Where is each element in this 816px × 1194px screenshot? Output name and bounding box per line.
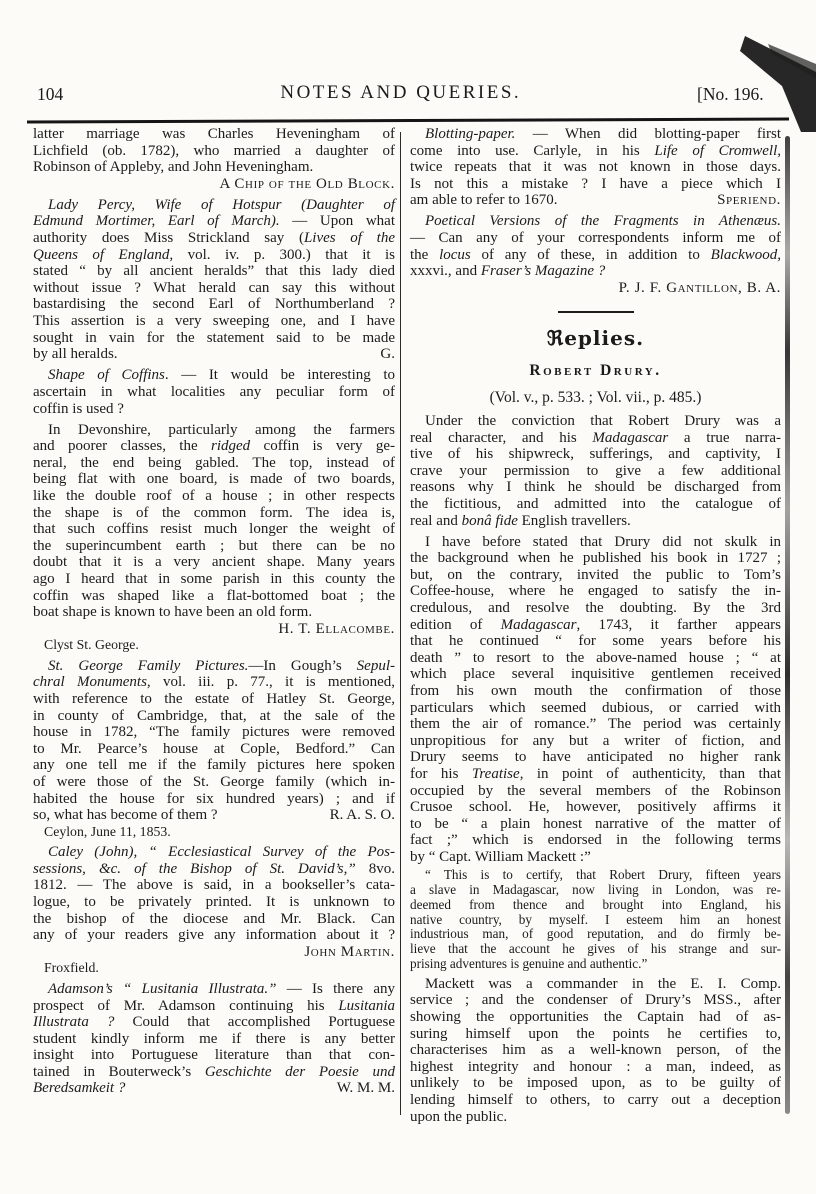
text-line: by “ Capt. William Mackett :” <box>410 849 781 866</box>
text-line: like the double roof of a house ; in oth… <box>33 488 395 505</box>
journal-title: NOTES AND QUERIES. <box>280 82 521 104</box>
text-line: house in 1782, “The family pictures were… <box>33 724 395 741</box>
signature-line: John Martin. <box>33 944 395 961</box>
text-line: twice repeats that it was not known in t… <box>410 159 781 176</box>
text-line: Mackett was a commander in the E. I. Com… <box>410 976 781 993</box>
text-line: bastardising the second Earl of Northumb… <box>33 296 395 313</box>
text-line: the bishop of the diocese and Mr. Black.… <box>33 911 395 928</box>
text-line: I have before stated that Drury did not … <box>410 534 781 551</box>
text-line: Robinson of Appleby, and John Heveningha… <box>33 159 395 176</box>
text-line: lending himself to others, to carry out … <box>410 1092 781 1109</box>
text-line: stated “ by all ancient heralds” that th… <box>33 263 395 280</box>
text-line: ago I heard that in some parish in this … <box>33 571 395 588</box>
text-line: This assertion is a very sweeping one, a… <box>33 313 395 330</box>
signature-line: A Chip of the Old Block. <box>33 176 395 193</box>
text-line: prospect of Mr. Adamson continuing his L… <box>33 998 395 1015</box>
text-line: student kindly inform me if there is any… <box>33 1031 395 1048</box>
text-line: chral Monuments, vol. iii. p. 77., it is… <box>33 674 395 691</box>
text-line: deemed from thence and brought into Engl… <box>410 898 781 913</box>
text-line: real character, and his Madagascar a tru… <box>410 430 781 447</box>
text-line: Edmund Mortimer, Earl of March). — Upon … <box>33 213 395 230</box>
query-caley-john: Caley (John), “ Ecclesiastical Survey of… <box>33 844 395 976</box>
signature-line: P. J. F. Gantillon, B. A. <box>410 280 781 297</box>
replies-intro-paragraph: Under the conviction that Robert Drury w… <box>410 413 781 529</box>
text-line: Shape of Coffins. — It would be interest… <box>33 367 395 384</box>
text-line: latter marriage was Charles Heveningham … <box>33 126 395 143</box>
continuation-paragraph: latter marriage was Charles Heveningham … <box>33 126 395 192</box>
mackett-commander-paragraph: Mackett was a commander in the E. I. Com… <box>410 976 781 1125</box>
text-line: prising adventures is genuine and authen… <box>410 957 781 972</box>
section-divider-rule <box>558 311 634 313</box>
text-line: 1812. — The above is said, in a booksell… <box>33 877 395 894</box>
text-line: “ This is to certify, that Robert Drury,… <box>410 868 781 883</box>
dateline: Froxfield. <box>44 960 395 976</box>
right-column: Blotting-paper. — When did blotting-pape… <box>410 126 781 1125</box>
text-line: the shape is of the common form. The ide… <box>33 505 395 522</box>
text-line: crave your permission to give a few addi… <box>410 463 781 480</box>
text-line: without issue ? What herald can say this… <box>33 280 395 297</box>
signature-line: am able to refer to 1670.Speriend. <box>410 192 781 209</box>
text-line: logue, to be privately printed. It is un… <box>33 894 395 911</box>
article-reference: (Vol. v., p. 533. ; Vol. vii., p. 485.) <box>410 388 781 408</box>
text-line: Drury seems to have anticipated no highe… <box>410 749 781 766</box>
reply-devonshire-coffins: In Devonshire, particularly among the fa… <box>33 422 395 654</box>
text-line: coffin is used ? <box>33 401 395 418</box>
text-line: for his Treatise, in point of authentici… <box>410 766 781 783</box>
text-line: In Devonshire, particularly among the fa… <box>33 422 395 439</box>
text-line: Blotting-paper. — When did blotting-pape… <box>410 126 781 143</box>
text-line: being flat with one board, is made of tw… <box>33 471 395 488</box>
replies-section-heading: ℜeplies. <box>410 325 781 351</box>
text-line: ascertain in what localities any peculia… <box>33 384 395 401</box>
text-line: death ” to resort to the above-named hou… <box>410 650 781 667</box>
text-line: to be “ a plain honest narrative of the … <box>410 816 781 833</box>
text-line: boat shape is known to have been an old … <box>33 604 395 621</box>
signature-line: by all heralds.G. <box>33 346 395 363</box>
text-line: industrious man, of good reputation, and… <box>410 927 781 942</box>
text-line: tained in Bouterweck’s Geschichte der Po… <box>33 1064 395 1081</box>
text-line: neral, the end being gabled. The top, in… <box>33 455 395 472</box>
text-line: authority does Miss Strickland say (Live… <box>33 230 395 247</box>
article-title: Robert Drury. <box>410 360 781 381</box>
text-line: particulars which seemed dubious, or car… <box>410 700 781 717</box>
text-line: Caley (John), “ Ecclesiastical Survey of… <box>33 844 395 861</box>
text-line: reasons why I think he should be dischar… <box>410 479 781 496</box>
scan-artifact-edge-streak <box>785 136 790 1114</box>
text-line: Adamson’s “ Lusitania Illustrata.” — Is … <box>33 981 395 998</box>
text-line: edition of Madagascar, 1743, it farther … <box>410 617 781 634</box>
text-line: to Mr. Pearce’s house at Cople, Bedford.… <box>33 741 395 758</box>
text-line: the fictitious, and admitted into the ca… <box>410 496 781 513</box>
text-line: sessions, &c. of the Bishop of St. David… <box>33 861 395 878</box>
text-line: doubt that it is a very ancient shape. M… <box>33 554 395 571</box>
query-poetical-versions: Poetical Versions of the Fragments in At… <box>410 213 781 296</box>
text-line: come into use. Carlyle, in his Life of C… <box>410 143 781 160</box>
query-adamsons-lusitania: Adamson’s “ Lusitania Illustrata.” — Is … <box>33 981 395 1097</box>
text-line: habited the house for six hundred years)… <box>33 791 395 808</box>
text-line: xxxvi., and Fraser’s Magazine ? <box>410 263 781 280</box>
text-line: Illustrata ? Could that accomplished Por… <box>33 1014 395 1031</box>
text-line: the locus of any of these, in addition t… <box>410 247 781 264</box>
text-line: Coffee-house, where he engaged to satisf… <box>410 583 781 600</box>
text-line: characterises him as a well-known person… <box>410 1042 781 1059</box>
query-blotting-paper: Blotting-paper. — When did blotting-pape… <box>410 126 781 209</box>
text-line: that he continued “ for some years befor… <box>410 633 781 650</box>
text-line: tive of his shipwreck, sufferings, and c… <box>410 446 781 463</box>
text-line: credulous, and resolve the doubting. By … <box>410 600 781 617</box>
text-line: in county of Cambridge, that, at the sal… <box>33 708 395 725</box>
mackett-certificate-quote: “ This is to certify, that Robert Drury,… <box>410 868 781 971</box>
scan-artifact-corner-fold <box>738 34 816 136</box>
text-line: with reference to the estate of Hatley S… <box>33 691 395 708</box>
text-line: unpropitious for any but a writer of fic… <box>410 733 781 750</box>
query-lady-percy: Lady Percy, Wife of Hotspur (Daughter of… <box>33 197 395 363</box>
text-line: St. George Family Pictures.—In Gough’s S… <box>33 658 395 675</box>
text-line: the superincumbent earth ; but there can… <box>33 538 395 555</box>
text-line: occupied by the several members of the R… <box>410 783 781 800</box>
column-divider-rule <box>400 132 401 1115</box>
text-line: Poetical Versions of the Fragments in At… <box>410 213 781 230</box>
left-column: latter marriage was Charles Heveningham … <box>33 126 395 1097</box>
text-line: of were those of the St. George family (… <box>33 774 395 791</box>
text-line: Crusoe school. He, however, positively a… <box>410 799 781 816</box>
text-line: coffin was shaped like a flat-bottomed b… <box>33 588 395 605</box>
text-line: showing the opportunities the Captain ha… <box>410 1009 781 1026</box>
text-line: Queens of England, vol. iv. p. 300.) tha… <box>33 247 395 264</box>
signature-line: H. T. Ellacombe. <box>33 621 395 638</box>
text-line: from his own mouth the confirmation of t… <box>410 683 781 700</box>
text-line: that such coffins resist much longer the… <box>33 521 395 538</box>
text-line: any one tell me if the family pictures h… <box>33 757 395 774</box>
signature-line: so, what has become of them ?R. A. S. O. <box>33 807 395 824</box>
text-line: and poorer classes, the ridged coffin is… <box>33 438 395 455</box>
text-line: fact ;” which is endorsed in the followi… <box>410 832 781 849</box>
text-line: highest integrity and honour : a man, in… <box>410 1059 781 1076</box>
text-line: unlikely to be imposed upon, as to be gu… <box>410 1075 781 1092</box>
text-line: but, on the contrary, invited the public… <box>410 567 781 584</box>
text-line: Is not this a mistake ? I have a piece w… <box>410 176 781 193</box>
signature-line: Beredsamkeit ?W. M. M. <box>33 1080 395 1097</box>
text-line: any of your readers give any information… <box>33 927 395 944</box>
text-line: a slave in Madagascar, now living in Lon… <box>410 883 781 898</box>
text-line: insight into Portuguese literature than … <box>33 1047 395 1064</box>
text-line: native country, by myself. I esteem him … <box>410 913 781 928</box>
text-line: sought in vain for the statement said to… <box>33 330 395 347</box>
text-line: real and bonâ fide English travellers. <box>410 513 781 530</box>
text-line: suring himself upon the points he certif… <box>410 1026 781 1043</box>
text-line: which place several inquisitive gentleme… <box>410 666 781 683</box>
query-shape-of-coffins: Shape of Coffins. — It would be interest… <box>33 367 395 417</box>
text-line: Lady Percy, Wife of Hotspur (Daughter of <box>33 197 395 214</box>
drury-publication-paragraph: I have before stated that Drury did not … <box>410 534 781 866</box>
query-st-george-pictures: St. George Family Pictures.—In Gough’s S… <box>33 658 395 840</box>
dateline: Clyst St. George. <box>44 637 395 653</box>
text-line: them the air of romance.” The period was… <box>410 716 781 733</box>
text-line: the background when he published his boo… <box>410 550 781 567</box>
text-line: Under the conviction that Robert Drury w… <box>410 413 781 430</box>
text-line: — Can any of your correspondents inform … <box>410 230 781 247</box>
scanned-page: 104 NOTES AND QUERIES. [No. 196. latter … <box>0 0 816 1194</box>
text-line: service ; and the condenser of Drury’s M… <box>410 992 781 1009</box>
text-line: Lichfield (ob. 1782), who married a daug… <box>33 143 395 160</box>
header-rule <box>27 118 789 124</box>
page-number: 104 <box>37 84 63 105</box>
dateline: Ceylon, June 11, 1853. <box>44 824 395 840</box>
text-line: lieve that the account he gives of his s… <box>410 942 781 957</box>
text-line: upon the public. <box>410 1109 781 1126</box>
